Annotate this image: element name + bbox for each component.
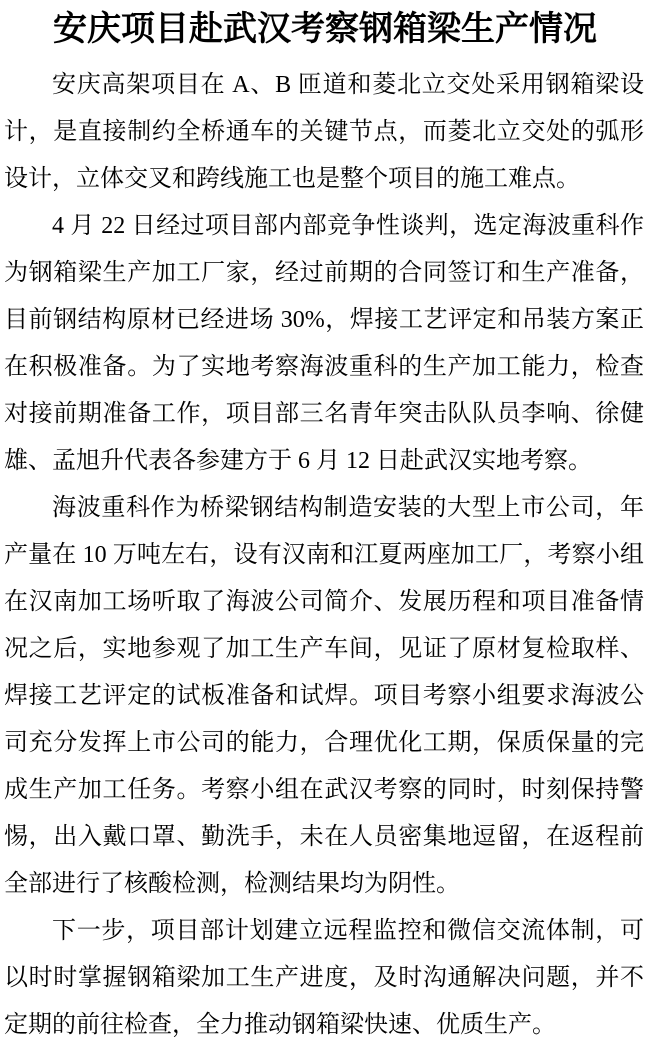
document-title: 安庆项目赴武汉考察钢箱梁生产情况 [0, 0, 650, 50]
paragraph-3: 海波重科作为桥梁钢结构制造安装的大型上市公司，年产量在 10 万吨左右，设有汉南… [4, 485, 644, 908]
document-page: 安庆项目赴武汉考察钢箱梁生产情况 安庆高架项目在 A、B 匝道和菱北立交处采用钢… [0, 0, 650, 1050]
document-body: 安庆高架项目在 A、B 匝道和菱北立交处采用钢箱梁设计，是直接制约全桥通车的关键… [0, 50, 650, 1049]
paragraph-4: 下一步，项目部计划建立远程监控和微信交流体制，可以时时掌握钢箱梁加工生产进度，及… [4, 908, 644, 1049]
paragraph-1: 安庆高架项目在 A、B 匝道和菱北立交处采用钢箱梁设计，是直接制约全桥通车的关键… [4, 62, 644, 203]
paragraph-2: 4 月 22 日经过项目部内部竞争性谈判，选定海波重科作为钢箱梁生产加工厂家，经… [4, 203, 644, 485]
